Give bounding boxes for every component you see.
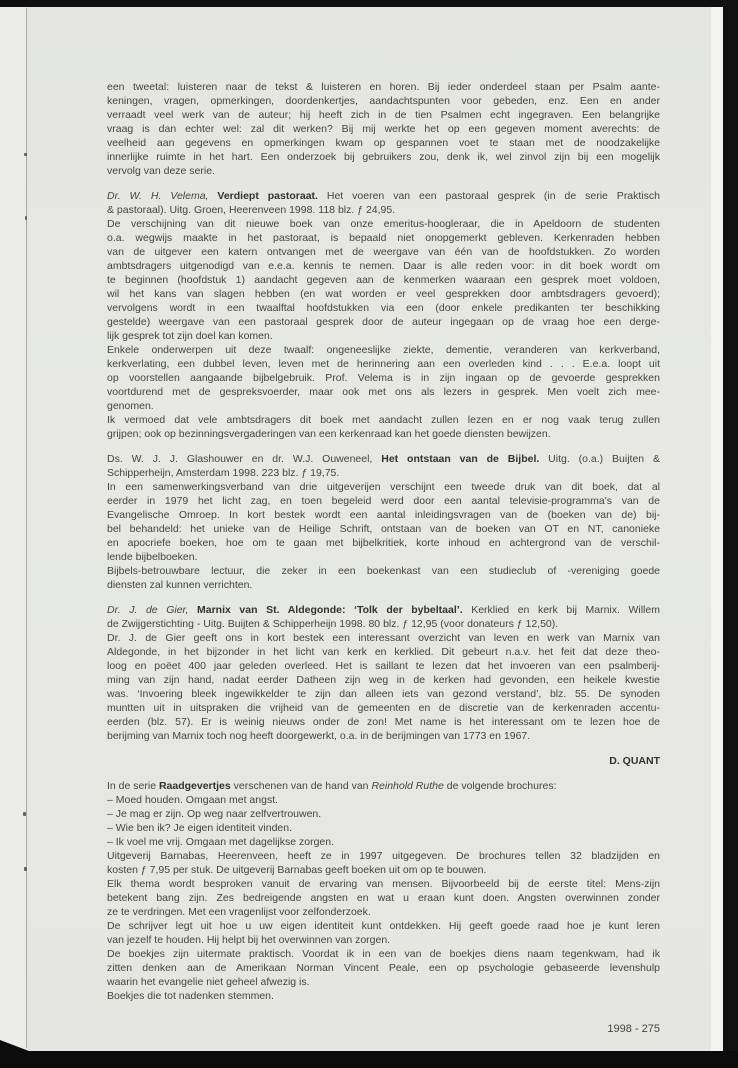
text-line: Aldegonde, in het bijzonder in het licht… <box>107 645 660 659</box>
text-line: grijpen; ook op bezinningsvergaderingen … <box>107 427 660 441</box>
text-line: diensten zal kunnen verrichten. <box>107 578 660 592</box>
text-line: De schrijver legt uit hoe u uw eigen ide… <box>107 919 660 933</box>
intro-paragraph: een tweetal: luisteren naar de tekst & l… <box>107 80 660 178</box>
series-raadgevertjes: In de serie Raadgevertjes verschenen van… <box>107 779 660 1003</box>
text-line: muntten uit in uitspraken die vrijheid v… <box>107 701 660 715</box>
text-line: innerlijke ruimte in het hart. Een onder… <box>107 150 660 164</box>
text-line: vervolg van deze serie. <box>107 164 660 178</box>
text-line: Ds. W. J. J. Glashouwer en dr. W.J. Ouwe… <box>107 452 660 466</box>
text-line: gestelde) weergave van een pastoraal ges… <box>107 315 660 329</box>
text-line: op voorstellen aangaande bijbelgebruik. … <box>107 371 660 385</box>
text-line: Evangelische Omroep. In kort bestek word… <box>107 508 660 522</box>
review-glashouwer: Ds. W. J. J. Glashouwer en dr. W.J. Ouwe… <box>107 452 660 592</box>
text-line: was. ‘Invoering bleek ingewikkelder te z… <box>107 687 660 701</box>
text-line: Bijbels-betrouwbare lectuur, die zeker i… <box>107 564 660 578</box>
text-line: te beginnen (hoofdstuk 1) aandacht gegev… <box>107 273 660 287</box>
scan-edge-bottom <box>0 1051 738 1068</box>
text-line: In de serie Raadgevertjes verschenen van… <box>107 779 660 793</box>
page-gutter <box>0 0 26 1068</box>
text-line: de Zwijgerstichting - Uitg. Buijten & Sc… <box>107 617 660 631</box>
text-line: veelheid aan gegevens en opmerkingen kwa… <box>107 136 660 150</box>
text-line: voortdurend met de gespreksvoerder, maar… <box>107 385 660 399</box>
text-line: kosten ƒ 7,95 per stuk. De uitgeverij Ba… <box>107 863 660 877</box>
text-line: keningen, vragen, opmerkingen, doordenke… <box>107 94 660 108</box>
text-line: eerder in 1979 het licht zag, en toen be… <box>107 494 660 508</box>
text-line: De boekjes zijn uitermate praktisch. Voo… <box>107 947 660 961</box>
scan-speck <box>24 153 27 156</box>
text-line: en apocriefe boeken, hoe om te gaan met … <box>107 536 660 550</box>
binding-line <box>26 8 27 1048</box>
text-line: Boekjes die tot nadenken stemmen. <box>107 989 660 1003</box>
text-line: – Ik voel me vrij. Omgaan met dagelijkse… <box>107 835 660 849</box>
text-line: kerkverlating, een dubbel leven, leven m… <box>107 357 660 371</box>
review-velema: Dr. W. H. Velema, Verdiept pastoraat. He… <box>107 189 660 441</box>
text-line: genomen. <box>107 399 660 413</box>
page-number: 1998 - 275 <box>107 1022 660 1036</box>
scan-speck <box>23 812 26 816</box>
text-line: – Je mag er zijn. Op weg naar zelfvertro… <box>107 807 660 821</box>
text-line: Dr. W. H. Velema, Verdiept pastoraat. He… <box>107 189 660 203</box>
text-line: Schipperheijn, Amsterdam 1998. 223 blz. … <box>107 466 660 480</box>
text-line: een tweetal: luisteren naar de tekst & l… <box>107 80 660 94</box>
text-line: Uitgeverij Barnabas, Heerenveen, heeft z… <box>107 849 660 863</box>
reviewer-signature: D. QUANT <box>107 754 660 768</box>
text-line: Dr. J. de Gier geeft ons in kort bestek … <box>107 631 660 645</box>
scan-speck <box>24 867 27 871</box>
scan-speck <box>25 216 27 220</box>
text-line: waarin het evangelie niet geheel afwezig… <box>107 975 660 989</box>
text-line: ming van zijn hand, nadat eerder Datheen… <box>107 673 660 687</box>
text-line: berijming van Marnix toch nog heeft door… <box>107 729 660 743</box>
text-line: – Moed houden. Omgaan met angst. <box>107 793 660 807</box>
text-line: Ik vermoed dat vele ambtsdragers dit boe… <box>107 413 660 427</box>
text-line: ze te verdringen. Met een vragenlijst vo… <box>107 905 660 919</box>
text-line: ambtsdragers uitgenodigd van e.e.a. kenn… <box>107 259 660 273</box>
text-line: bel behandeld: het unieke van de Heilige… <box>107 522 660 536</box>
text-line: vraag is dan echter wel: zal dit werken?… <box>107 122 660 136</box>
text-line: Elk thema wordt besproken vanuit de erva… <box>107 877 660 891</box>
text-line: & pastoraal). Uitg. Groen, Heerenveen 19… <box>107 203 660 217</box>
text-line: In een samenwerkingsverband van drie uit… <box>107 480 660 494</box>
text-line: Dr. J. de Gier, Marnix van St. Aldegonde… <box>107 603 660 617</box>
text-line: – Wie ben ik? Je eigen identiteit vinden… <box>107 821 660 835</box>
text-line: verraadt veel werk van de auteur; hij he… <box>107 108 660 122</box>
text-line: van jezelf te houden. Hij helpt bij het … <box>107 933 660 947</box>
text-line: lijk gesprek tot zijn doel kan komen. <box>107 329 660 343</box>
text-line: zitten denken aan de Amerikaan Norman Vi… <box>107 961 660 975</box>
scan-edge-top <box>0 0 738 7</box>
text-line: van de uitgever een katern ontvangen met… <box>107 245 660 259</box>
text-line: o.a. wegwijs maakte in het pastoraat, is… <box>107 231 660 245</box>
text-line: Enkele onderwerpen uit deze twaalf: onge… <box>107 343 660 357</box>
text-line: D. QUANT <box>107 754 660 768</box>
text-line: wil het kans van slagen hebben (en wat w… <box>107 287 660 301</box>
text-line: De verschijning van dit nieuwe boek van … <box>107 217 660 231</box>
text-line: lende bijbelboeken. <box>107 550 660 564</box>
page-right-edge-highlight <box>711 7 723 1053</box>
review-de-gier: Dr. J. de Gier, Marnix van St. Aldegonde… <box>107 603 660 743</box>
text-line: loog en poëet 400 jaar geleden overleed.… <box>107 659 660 673</box>
scan-edge-right <box>723 0 738 1068</box>
text-line: vervolgens wordt in een twaalftal hoofds… <box>107 301 660 315</box>
text-line: betekent bang zijn. Zes bedreigende angs… <box>107 891 660 905</box>
page-text: een tweetal: luisteren naar de tekst & l… <box>107 80 660 1003</box>
text-line: eerden (blz. 57). Er is weinig nieuws on… <box>107 715 660 729</box>
